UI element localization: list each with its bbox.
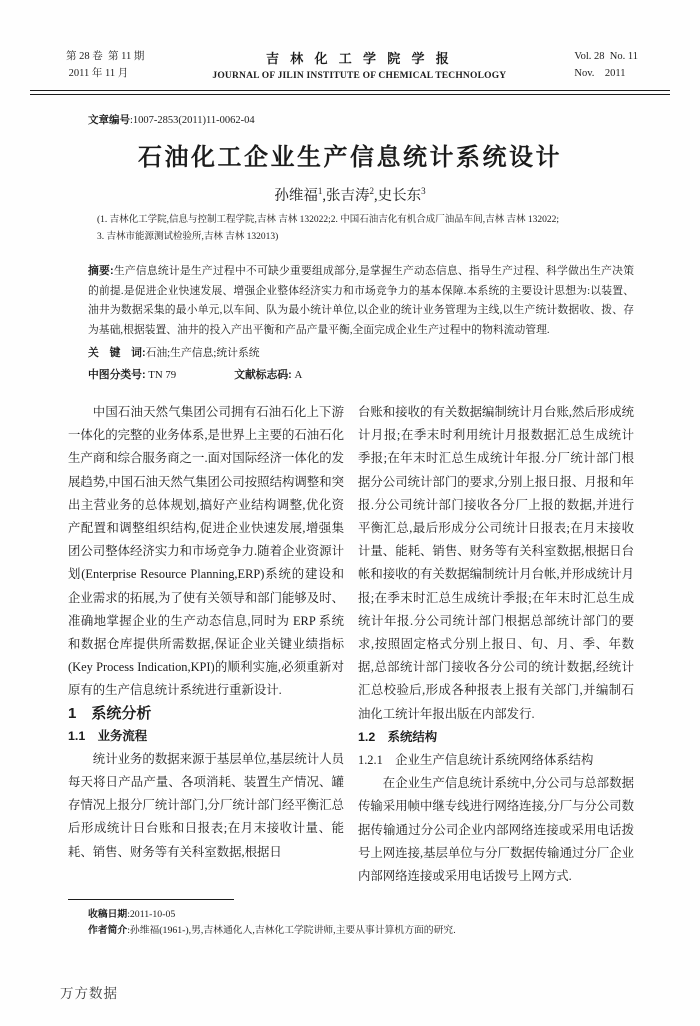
- body-columns: 中国石油天然气集团公司拥有石油石化上下游一体化的完整的业务体系,是世界上主要的石…: [68, 401, 635, 888]
- author-superscript: 3: [421, 186, 426, 196]
- subsection-heading: 1.1 业务流程: [68, 725, 344, 748]
- author-name: 张吉涛: [326, 188, 370, 204]
- journal-name-en: JOURNAL OF JILIN INSTITUTE OF CHEMICAL T…: [144, 71, 574, 81]
- header-rule: [30, 90, 670, 95]
- paper-page: 第 28 卷 第 11 期 2011 年 11 月 吉 林 化 工 学 院 学 …: [0, 0, 700, 1026]
- received-date-value: :2011-10-05: [127, 909, 175, 920]
- affiliations: (1. 吉林化工学院,信息与控制工程学院,吉林 吉林 132022;2. 中国石…: [97, 212, 617, 245]
- received-date: 收稿日期:2011-10-05: [68, 907, 633, 923]
- abstract-label: 摘要:: [88, 265, 114, 277]
- received-date-label: 收稿日期: [88, 909, 127, 920]
- author-bio-label: 作者简介: [88, 925, 127, 936]
- keywords-line: 关 键 词:石油;生产信息;统计系统: [88, 344, 634, 363]
- footnote: 收稿日期:2011-10-05 作者简介:孙维福(1961-),男,吉林通化人,…: [68, 899, 633, 938]
- classification-line: 中图分类号: TN 79文献标志码: A: [88, 366, 634, 385]
- column-right: 台账和接收的有关数据编制统计月台账,然后形成统计月报;在季末时利用统计月报数据汇…: [358, 401, 634, 888]
- doc-code-label: 文献标志码:: [234, 369, 292, 381]
- journal-name-cn: 吉 林 化 工 学 院 学 报: [144, 48, 574, 67]
- front-matter: 摘要:生产信息统计是生产过程中不可缺少重要组成部分,是掌握生产动态信息、指导生产…: [88, 262, 634, 385]
- article-id: 文章编号:1007-2853(2011)11-0062-04: [88, 112, 255, 127]
- article-id-label: 文章编号: [88, 114, 130, 126]
- volume-info-cn: 第 28 卷 第 11 期 2011 年 11 月: [66, 48, 144, 82]
- keywords-label: 关 键 词:: [88, 347, 146, 359]
- subsection-heading: 1.2 系统结构: [358, 726, 634, 749]
- author-bio-value: :孙维福(1961-),男,吉林通化人,吉林化工学院讲师,主要从事计算机方面的研…: [127, 925, 455, 936]
- paper-title: 石油化工企业生产信息统计系统设计: [0, 137, 700, 172]
- author-name: 史长东: [378, 188, 422, 204]
- watermark-wanfang: 万方数据: [60, 982, 118, 1002]
- affiliation-line: 3. 吉林市能源测试检验所,吉林 吉林 132013): [97, 229, 617, 246]
- paragraph: 台账和接收的有关数据编制统计月台账,然后形成统计月报;在季末时利用统计月报数据汇…: [358, 401, 634, 726]
- journal-header: 第 28 卷 第 11 期 2011 年 11 月 吉 林 化 工 学 院 学 …: [66, 48, 638, 82]
- doc-code-value: A: [294, 369, 302, 381]
- paragraph: 在企业生产信息统计系统中,分公司与总部数据传输采用帧中继专线进行网络连接,分厂与…: [358, 772, 634, 888]
- abstract-text: 生产信息统计是生产过程中不可缺少重要组成部分,是掌握生产动态信息、指导生产过程、…: [88, 265, 634, 336]
- abstract: 摘要:生产信息统计是生产过程中不可缺少重要组成部分,是掌握生产动态信息、指导生产…: [88, 262, 634, 340]
- paragraph: 统计业务的数据来源于基层单位,基层统计人员每天将日产品产量、各项消耗、装置生产情…: [68, 748, 344, 864]
- clc-label: 中图分类号:: [88, 369, 146, 381]
- paragraph: 中国石油天然气集团公司拥有石油石化上下游一体化的完整的业务体系,是世界上主要的石…: [68, 401, 344, 703]
- column-left: 中国石油天然气集团公司拥有石油石化上下游一体化的完整的业务体系,是世界上主要的石…: [68, 401, 344, 888]
- keywords-text: 石油;生产信息;统计系统: [146, 347, 260, 359]
- article-id-value: :1007-2853(2011)11-0062-04: [130, 115, 255, 126]
- clc-value: TN 79: [148, 369, 176, 381]
- journal-name-block: 吉 林 化 工 学 院 学 报 JOURNAL OF JILIN INSTITU…: [144, 48, 574, 81]
- footnote-divider: [68, 899, 234, 900]
- affiliation-line: (1. 吉林化工学院,信息与控制工程学院,吉林 吉林 132022;2. 中国石…: [97, 212, 617, 229]
- author-bio: 作者简介:孙维福(1961-),男,吉林通化人,吉林化工学院讲师,主要从事计算机…: [68, 923, 633, 939]
- author-name: 孙维福: [274, 188, 318, 204]
- subsubsection-heading: 1.2.1 企业生产信息统计系统网络体系结构: [358, 749, 634, 772]
- authors-line: 孙维福1,张吉涛2,史长东3: [0, 184, 700, 205]
- section-heading: 1 系统分析: [68, 703, 344, 725]
- volume-info-en: Vol. 28 No. 11 Nov. 2011: [574, 48, 638, 82]
